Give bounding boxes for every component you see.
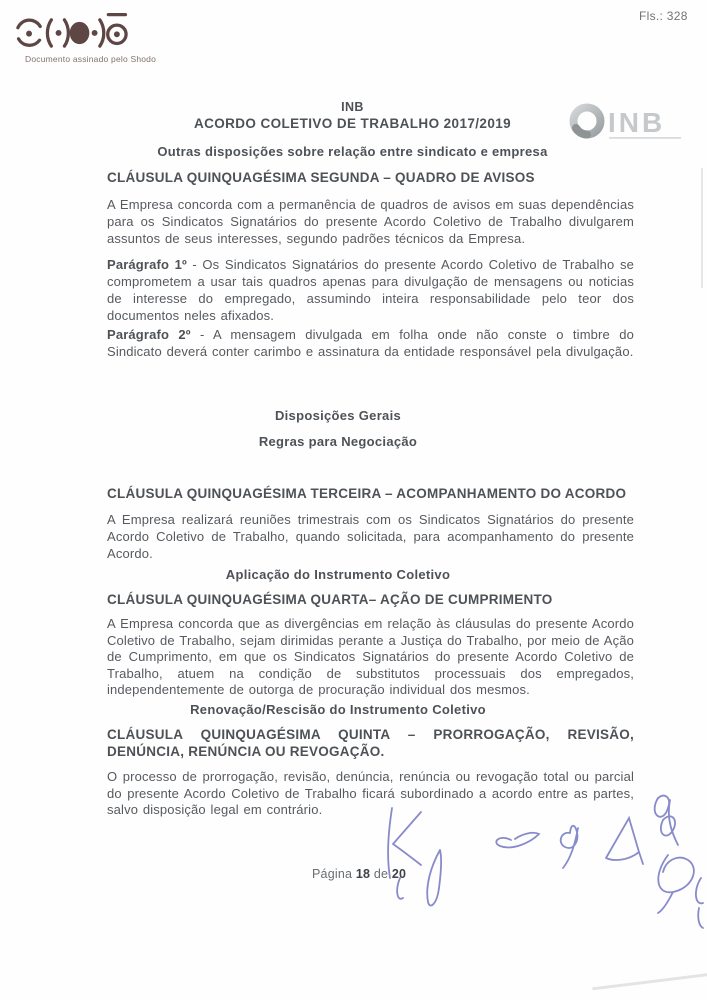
- clause-55-heading-line2: DENÚNCIA, RENÚNCIA OU REVOGAÇÃO.: [107, 744, 634, 761]
- footer-current-page: 18: [356, 867, 370, 881]
- document-title: ACORDO COLETIVO DE TRABALHO 2017/2019: [65, 116, 640, 131]
- section-heading-application: Aplicação do Instrumento Coletivo: [107, 567, 634, 582]
- footer-total-pages: 20: [392, 867, 406, 881]
- shodo-caption: Documento assinado pelo Shodo: [25, 54, 156, 64]
- document-header: INB ACORDO COLETIVO DE TRABALHO 2017/201…: [65, 100, 640, 131]
- clause-52-paragraph-1: Parágrafo 1º - Os Sindicatos Signatários…: [107, 256, 634, 324]
- section-heading-rules: Regras para Negociação: [107, 434, 634, 449]
- inb-logo: INB: [566, 98, 694, 149]
- clause-52-heading: CLÁUSULA QUINQUAGÉSIMA SEGUNDA – QUADRO …: [107, 170, 634, 187]
- paragraph-1-lead: Parágrafo 1º: [107, 257, 187, 272]
- scanned-document-page: Documento assinado pelo Shodo Fls.: 328 …: [0, 0, 707, 1000]
- paragraph-1-text: - Os Sindicatos Signatários do presente …: [107, 257, 634, 323]
- clause-54-body: A Empresa concorda que as divergências e…: [107, 616, 634, 699]
- page-footer: Página 18 de 20: [312, 867, 406, 881]
- clause-53-heading: CLÁUSULA QUINQUAGÉSIMA TERCEIRA – ACOMPA…: [107, 486, 634, 503]
- clause-55-heading-line1: CLÁUSULA QUINQUAGÉSIMA QUINTA – PRORROGA…: [107, 727, 634, 744]
- section-heading-general: Disposições Gerais: [107, 408, 634, 423]
- document-subtitle: Outras disposições sobre relação entre s…: [65, 144, 640, 159]
- footer-of-word: de: [374, 867, 388, 881]
- clause-55-body: O processo de prorrogação, revisão, denú…: [107, 769, 634, 819]
- clause-52-body: A Empresa concorda com a permanência de …: [107, 196, 634, 247]
- scan-artifact-bottom: [592, 973, 707, 991]
- clause-52-paragraph-2: Parágrafo 2º - A mensagem divulgada em f…: [107, 326, 634, 360]
- footer-page-word: Página: [312, 867, 352, 881]
- folio-label: Fls.: 328: [639, 9, 688, 23]
- inb-logo-icon: INB: [566, 98, 694, 144]
- inb-logo-text: INB: [608, 107, 665, 138]
- scan-artifact-right: [701, 168, 703, 288]
- clause-54-heading: CLÁUSULA QUINQUAGÉSIMA QUARTA– AÇÃO DE C…: [107, 592, 634, 609]
- paragraph-2-lead: Parágrafo 2º: [107, 327, 191, 342]
- section-heading-renewal: Renovação/Rescisão do Instrumento Coleti…: [107, 702, 634, 717]
- shodo-stamp: [12, 8, 130, 59]
- org-name: INB: [65, 100, 640, 114]
- shodo-stamp-icon: [12, 8, 130, 54]
- clause-53-body: A Empresa realizará reuniões trimestrais…: [107, 511, 634, 562]
